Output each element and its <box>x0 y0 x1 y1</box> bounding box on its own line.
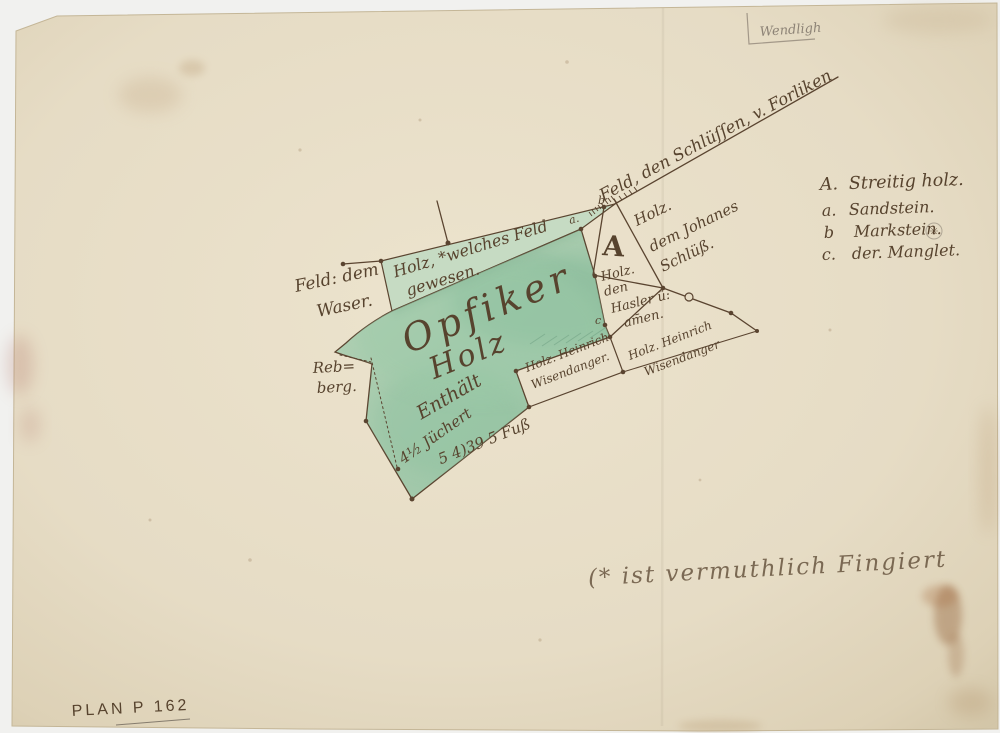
rebberg-line2: berg. <box>316 377 357 397</box>
point-marker-c: c <box>595 314 601 327</box>
map-canvas: Feld, den Schlüſſen, v. Forliken Holz, *… <box>0 0 1000 733</box>
disputed-area-marker: A <box>601 229 627 264</box>
rebberg-line1: Reb= <box>311 357 355 377</box>
point-marker-b: b <box>598 194 605 207</box>
markstein-star-icon: ✳ <box>929 225 938 238</box>
open-circle-node <box>685 293 693 301</box>
scanned-map-page: Feld, den Schlüſſen, v. Forliken Holz, *… <box>0 0 1000 733</box>
